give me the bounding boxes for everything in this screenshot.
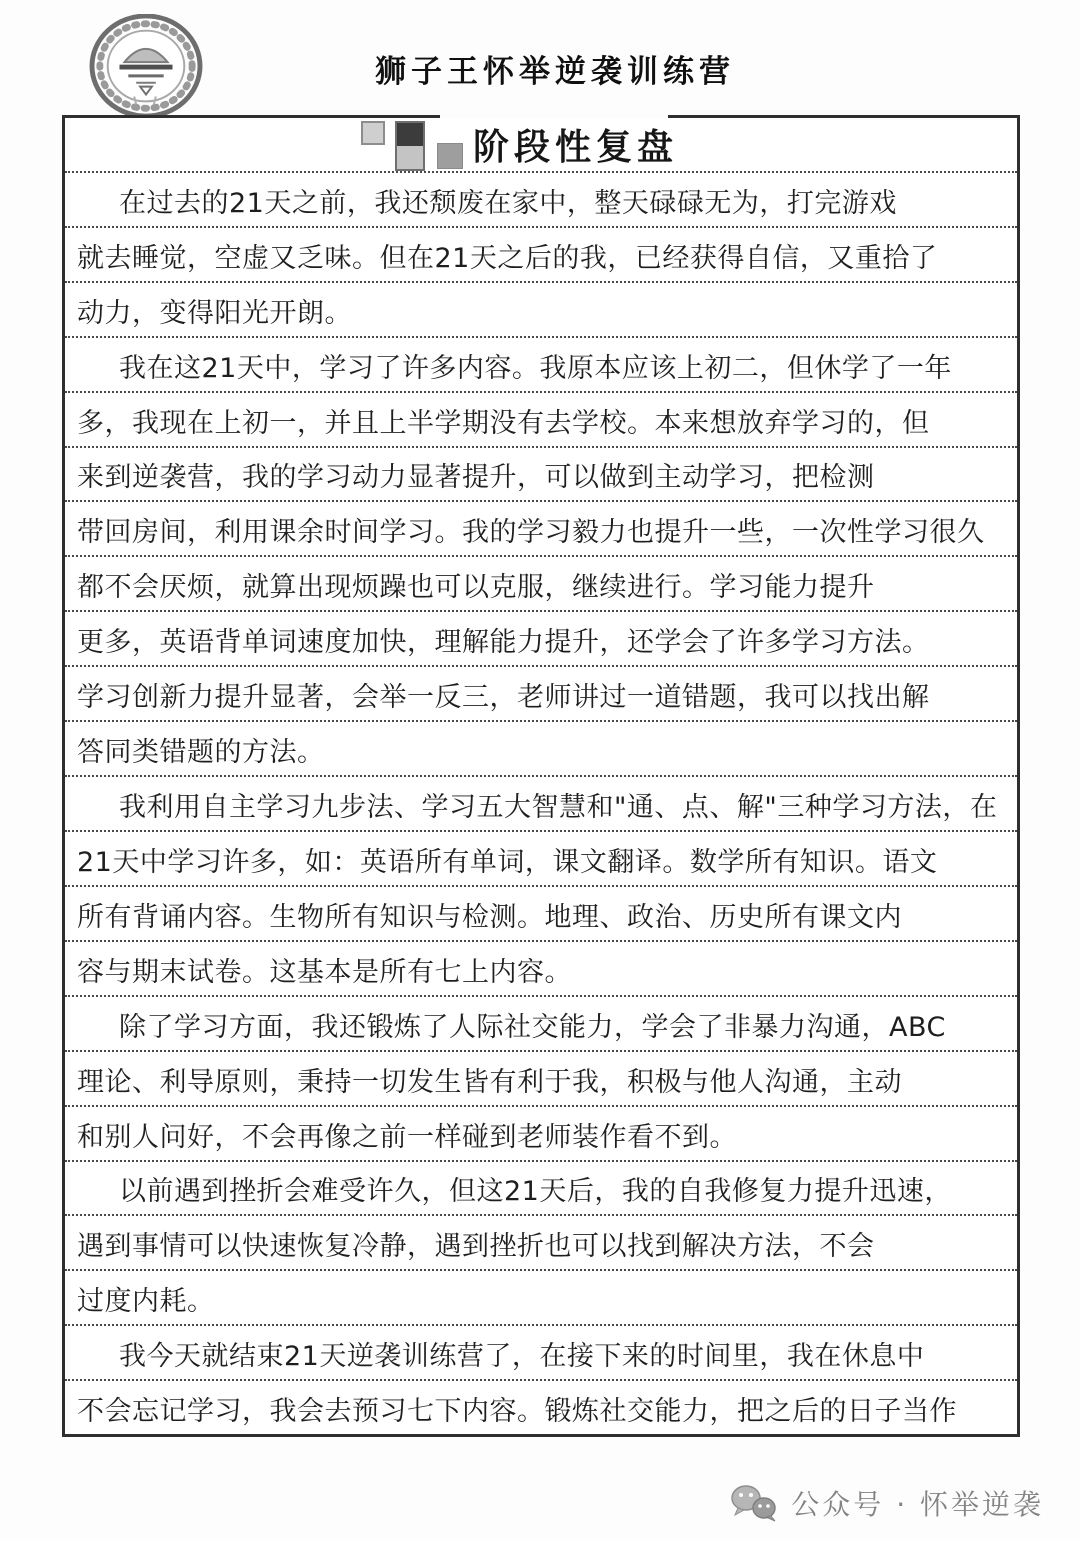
handwritten-line: 多，我现在上初一，并且上半学期没有去学校。本来想放弃学习的，但 bbox=[65, 393, 1017, 448]
deco-square-gray bbox=[437, 143, 463, 169]
line-text: 和别人问好，不会再像之前一样碰到老师装作看不到。 bbox=[65, 1124, 743, 1160]
line-text: 答同类错题的方法。 bbox=[65, 739, 331, 775]
handwritten-line: 过度内耗。 bbox=[65, 1271, 1017, 1326]
notebook-paper: 阶段性复盘 在过去的21天之前，我还颓废在家中，整天碌碌无为，打完游戏就去睡觉，… bbox=[62, 115, 1020, 1437]
handwritten-line: 更多，英语背单词速度加快，理解能力提升，还学会了许多学习方法。 bbox=[65, 612, 1017, 667]
line-text: 就去睡觉，空虚又乏味。但在21天之后的我，已经获得自信，又重拾了 bbox=[65, 245, 943, 281]
line-text: 带回房间，利用课余时间学习。我的学习毅力也提升一些，一次性学习很久 bbox=[65, 519, 991, 555]
line-text: 21天中学习许多，如：英语所有单词，课文翻译。数学所有知识。语文 bbox=[65, 849, 943, 885]
line-text: 遇到事情可以快速恢复冷静，遇到挫折也可以找到解决方法，不会 bbox=[65, 1233, 881, 1269]
page-title: 狮子王怀举逆袭训练营 bbox=[0, 46, 1080, 91]
handwritten-line: 21天中学习许多，如：英语所有单词，课文翻译。数学所有知识。语文 bbox=[65, 832, 1017, 887]
line-text: 我今天就结束21天逆袭训练营了，在接下来的时间里，我在休息中 bbox=[65, 1343, 930, 1379]
line-text: 动力，变得阳光开朗。 bbox=[65, 300, 358, 336]
line-text: 在过去的21天之前，我还颓废在家中，整天碌碌无为，打完游戏 bbox=[65, 190, 903, 226]
handwritten-line: 我利用自主学习九步法、学习五大智慧和"通、点、解"三种学习方法，在 bbox=[65, 777, 1017, 832]
handwritten-line: 就去睡觉，空虚又乏味。但在21天之后的我，已经获得自信，又重拾了 bbox=[65, 228, 1017, 283]
line-text: 学习创新力提升显著，会举一反三，老师讲过一道错题，我可以找出解 bbox=[65, 684, 936, 720]
handwritten-line: 理论、利导原则，秉持一切发生皆有利于我，积极与他人沟通，主动 bbox=[65, 1052, 1017, 1107]
handwritten-line: 以前遇到挫折会难受许久，但这21天后，我的自我修复力提升迅速， bbox=[65, 1162, 1017, 1217]
line-text: 过度内耗。 bbox=[65, 1288, 221, 1324]
handwritten-line: 带回房间，利用课余时间学习。我的学习毅力也提升一些，一次性学习很久 bbox=[65, 502, 1017, 557]
line-text: 我在这21天中，学习了许多内容。我原本应该上初二，但休学了一年 bbox=[65, 355, 958, 391]
handwritten-line: 我今天就结束21天逆袭训练营了，在接下来的时间里，我在休息中 bbox=[65, 1326, 1017, 1381]
line-text: 我利用自主学习九步法、学习五大智慧和"通、点、解"三种学习方法，在 bbox=[65, 794, 1003, 830]
line-text: 多，我现在上初一，并且上半学期没有去学校。本来想放弃学习的，但 bbox=[65, 410, 936, 446]
handwritten-line: 和别人问好，不会再像之前一样碰到老师装作看不到。 bbox=[65, 1107, 1017, 1162]
handwriting-lines: 阶段性复盘 在过去的21天之前，我还颓废在家中，整天碌碌无为，打完游戏就去睡觉，… bbox=[65, 118, 1017, 1434]
section-title: 阶段性复盘 bbox=[463, 130, 678, 171]
line-text: 理论、利导原则，秉持一切发生皆有利于我，积极与他人沟通，主动 bbox=[65, 1069, 908, 1105]
line-text: 除了学习方面，我还锻炼了人际社交能力，学会了非暴力沟通，ABC bbox=[65, 1014, 952, 1050]
footer-account-label: 公众号 · 怀举逆袭 bbox=[791, 1483, 1044, 1523]
handwritten-line: 来到逆袭营，我的学习动力显著提升，可以做到主动学习，把检测 bbox=[65, 448, 1017, 503]
handwritten-line: 容与期末试卷。这基本是所有七上内容。 bbox=[65, 942, 1017, 997]
handwritten-line: 除了学习方面，我还锻炼了人际社交能力，学会了非暴力沟通，ABC bbox=[65, 997, 1017, 1052]
wechat-icon bbox=[729, 1484, 779, 1522]
handwritten-line: 答同类错题的方法。 bbox=[65, 722, 1017, 777]
footer: 公众号 · 怀举逆袭 bbox=[729, 1483, 1044, 1523]
line-text: 来到逆袭营，我的学习动力显著提升，可以做到主动学习，把检测 bbox=[65, 464, 881, 500]
line-text: 更多，英语背单词速度加快，理解能力提升，还学会了许多学习方法。 bbox=[65, 629, 936, 665]
line-text: 以前遇到挫折会难受许久，但这21天后，我的自我修复力提升迅速， bbox=[65, 1178, 958, 1214]
line-text: 所有背诵内容。生物所有知识与检测。地理、政治、历史所有课文内 bbox=[65, 904, 908, 940]
handwritten-line: 都不会厌烦，就算出现烦躁也可以克服，继续进行。学习能力提升 bbox=[65, 557, 1017, 612]
line-text: 不会忘记学习，我会去预习七下内容。锻炼社交能力，把之后的日子当作 bbox=[65, 1398, 963, 1434]
handwritten-line: 动力，变得阳光开朗。 bbox=[65, 283, 1017, 338]
handwritten-line: 所有背诵内容。生物所有知识与检测。地理、政治、历史所有课文内 bbox=[65, 887, 1017, 942]
handwritten-line: 遇到事情可以快速恢复冷静，遇到挫折也可以找到解决方法，不会 bbox=[65, 1216, 1017, 1271]
top-border-gap bbox=[440, 115, 668, 118]
line-text: 容与期末试卷。这基本是所有七上内容。 bbox=[65, 959, 578, 995]
deco-square-light bbox=[361, 121, 385, 145]
section-title-row: 阶段性复盘 bbox=[65, 118, 1017, 173]
handwritten-line: 不会忘记学习，我会去预习七下内容。锻炼社交能力，把之后的日子当作 bbox=[65, 1381, 1017, 1434]
handwritten-line: 在过去的21天之前，我还颓废在家中，整天碌碌无为，打完游戏 bbox=[65, 173, 1017, 228]
handwritten-line: 学习创新力提升显著，会举一反三，老师讲过一道错题，我可以找出解 bbox=[65, 667, 1017, 722]
deco-square-twotone bbox=[395, 121, 425, 171]
line-text: 都不会厌烦，就算出现烦躁也可以克服，继续进行。学习能力提升 bbox=[65, 574, 881, 610]
handwritten-line: 我在这21天中，学习了许多内容。我原本应该上初二，但休学了一年 bbox=[65, 338, 1017, 393]
